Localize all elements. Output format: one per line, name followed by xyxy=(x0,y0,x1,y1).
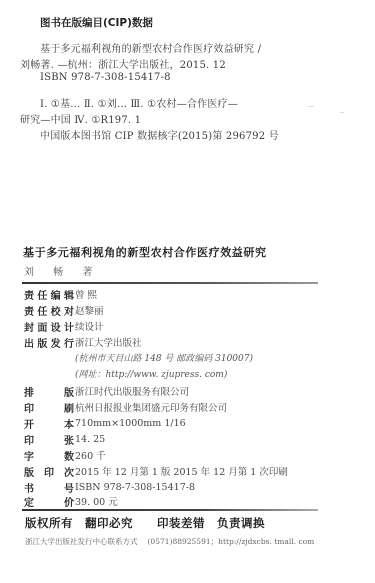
colophon-value: 710mm×1000mm 1/16 xyxy=(75,418,186,429)
colophon-value: 260 千 xyxy=(75,448,106,462)
colophon-row-typesetting: 排版 浙江时代出版服务有限公司 xyxy=(24,383,189,399)
colophon-value: 2015 年 12 月第 1 版 2015 年 12 月第 1 次印刷 xyxy=(75,464,288,478)
book-title: 基于多元福利视角的新型农村合作医疗效益研究 xyxy=(23,244,267,260)
contact-label: 浙江大学出版社发行中心联系方式 xyxy=(25,537,138,546)
colophon-value: ISBN 978-7-308-15417-8 xyxy=(75,482,195,493)
colophon-label: 定价 xyxy=(24,494,74,509)
rights-print-error: 印装差错 xyxy=(157,516,205,530)
contact-value: (0571)88925591；http://zjdxcbs. tmall. co… xyxy=(148,537,315,546)
colophon-row-cover-design: 封面设计 续设计 xyxy=(24,318,104,334)
colophon-row-editor: 责任编辑 曾 熙 xyxy=(24,286,97,302)
colophon-value: 39. 00 元 xyxy=(75,494,118,508)
publisher-website: (网址：http://www. zjupress. com) xyxy=(75,367,227,380)
colophon-label: 出版发行 xyxy=(24,335,74,350)
rights-exchange: 负责调换 xyxy=(217,516,265,530)
publisher-contact: 浙江大学出版社发行中心联系方式(0571)88925591；http://zjd… xyxy=(25,536,314,547)
colophon-value: 续设计 xyxy=(75,319,104,333)
colophon-label: 字数 xyxy=(24,448,74,463)
cip-line-verification-number: 中国版本图书馆 CIP 数据核字(2015)第 296792 号 xyxy=(40,127,279,142)
colophon-value: 曾 熙 xyxy=(75,287,97,301)
cip-line-classification: Ⅰ. ①基… Ⅱ. ①刘… Ⅲ. ①农村—合作医疗— xyxy=(40,95,238,110)
colophon-row-publisher: 出版发行 浙江大学出版社 xyxy=(24,334,142,350)
colophon-row-format: 开本 710mm×1000mm 1/16 xyxy=(24,415,186,431)
colophon-value: 赵黎丽 xyxy=(75,303,104,317)
colophon-label: 开本 xyxy=(24,416,74,431)
publisher-address: (杭州市天目山路 148 号 邮政编码 310007) xyxy=(75,351,253,364)
colophon-row-edition: 版印次 2015 年 12 月第 1 版 2015 年 12 月第 1 次印刷 xyxy=(24,463,288,479)
colophon-row-printing: 印刷 杭州日报报业集团盛元印务有限公司 xyxy=(24,399,227,415)
cip-line-title: 基于多元福利视角的新型农村合作医疗效益研究 / xyxy=(40,40,261,55)
colophon-row-sheets: 印张 14. 25 xyxy=(24,431,105,447)
scan-speck xyxy=(308,106,314,107)
rights-no-reprint: 翻印必究 xyxy=(85,516,133,530)
colophon-value: 14. 25 xyxy=(75,434,105,445)
divider-bottom xyxy=(22,509,318,511)
cip-line-publication: 刘畅著. —杭州：浙江大学出版社，2015. 12 xyxy=(20,56,226,71)
colophon-row-word-count: 字数 260 千 xyxy=(24,447,106,463)
colophon-row-proofreader: 责任校对 赵黎丽 xyxy=(24,302,104,318)
scan-speck xyxy=(340,112,344,113)
colophon-label: 版印次 xyxy=(24,464,74,479)
divider-top xyxy=(22,282,318,284)
colophon-label: 责任编辑 xyxy=(24,287,74,302)
colophon-label: 封面设计 xyxy=(24,319,74,334)
colophon-label: 责任校对 xyxy=(24,303,74,318)
colophon-label: 印刷 xyxy=(24,400,74,415)
colophon-value: 杭州日报报业集团盛元印务有限公司 xyxy=(75,400,227,414)
colophon-label: 排版 xyxy=(24,384,74,399)
cip-line-isbn: ISBN 978-7-308-15417-8 xyxy=(40,72,171,83)
rights-all-reserved: 版权所有 xyxy=(25,516,73,530)
colophon-value: 浙江大学出版社 xyxy=(75,335,142,349)
colophon-label: 印张 xyxy=(24,432,74,447)
cip-heading: 图书在版编目(CIP)数据 xyxy=(40,15,153,30)
rights-notice: 版权所有翻印必究印装差错负责调换 xyxy=(25,515,265,531)
colophon-row-price: 定价 39. 00 元 xyxy=(24,493,118,509)
colophon-value: 浙江时代出版服务有限公司 xyxy=(75,384,189,398)
author-line: 刘 畅 著 xyxy=(24,263,100,278)
cip-line-classification-cont: 研究—中国 Ⅳ. ①R197. 1 xyxy=(20,111,141,126)
